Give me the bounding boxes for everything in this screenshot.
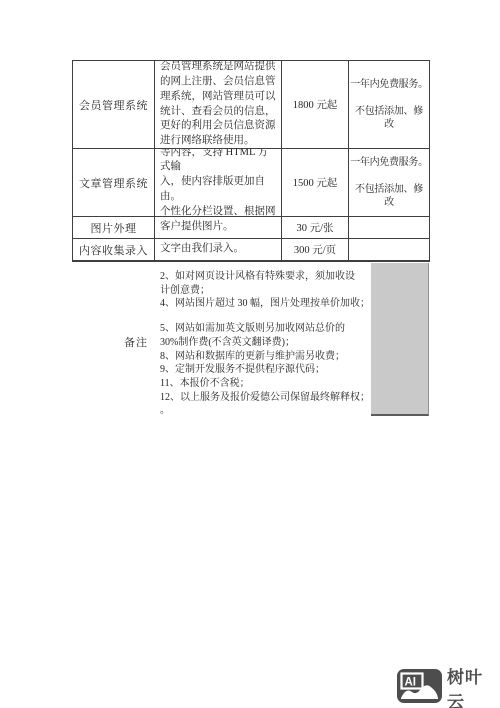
svg-text:AI: AI	[405, 676, 417, 688]
service-terms-cell: 一年内免费服务。 不包括添加、修 改	[349, 149, 429, 217]
note-line: 8、网站和数据库的更新与维护需另收费；	[160, 350, 370, 364]
service-name-cell: 文章管理系统	[73, 149, 155, 217]
price-cell: 1800 元起	[282, 61, 349, 149]
note-line: 。	[160, 404, 370, 418]
note-line: 11、本报价不含税；	[160, 377, 370, 391]
watermark-logo: AI 树叶云	[397, 663, 500, 708]
price-cell: 30 元/张	[282, 217, 349, 239]
gray-highlight-box	[371, 263, 429, 416]
pricing-table: 会员管理系统 会员管理系统是网站提供 的网上注册、会员信息管 理系统，网站管理员…	[72, 60, 430, 262]
note-line: 计创意费；	[160, 284, 370, 298]
note-line: 9、定制开发服务不提供程序源代码；	[160, 363, 370, 377]
service-description-cell: 文字由我们录入。	[155, 239, 282, 260]
service-terms-cell	[349, 217, 429, 239]
price-cell: 1500 元起	[282, 149, 349, 217]
watermark-brand-text: 树叶云	[447, 663, 500, 708]
service-name-cell: 图片外理	[73, 217, 155, 239]
note-line: 12、以上服务及报价爱德公司保留最终解释权；	[160, 391, 370, 405]
service-terms-cell	[349, 239, 429, 260]
note-line: 30%制作费(不含英文翻译费)；	[160, 336, 370, 350]
service-terms-cell: 一年内免费服务。 不包括添加、修 改	[349, 61, 429, 149]
price-quote-document: 会员管理系统 会员管理系统是网站提供 的网上注册、会员信息管 理系统，网站管理员…	[0, 0, 500, 708]
note-line: 4、网站图片超过 30 幅，图片处理按单价加收；	[160, 297, 370, 311]
ai-picture-icon: AI	[397, 669, 442, 708]
note-line: 5、网站如需加英文版则另加收网站总价的	[160, 322, 370, 336]
service-description-cell: 可填加文字、图片、连接 等内容，支持 HTML 方式输 入，使内容排版更加自由。…	[155, 149, 282, 217]
remarks-list: 2、如对网页设计风格有特殊要求，须加收设计创意费；4、网站图片超过 30 幅，图…	[160, 270, 370, 418]
note-line: 2、如对网页设计风格有特殊要求，须加收设	[160, 270, 370, 284]
service-name-cell: 会员管理系统	[73, 61, 155, 149]
remarks-label: 备注	[114, 334, 158, 350]
service-description-cell: 会员管理系统是网站提供 的网上注册、会员信息管 理系统，网站管理员可以 统计、查…	[155, 61, 282, 149]
note-line	[160, 311, 370, 322]
service-description-cell: 客户提供图片。	[155, 217, 282, 239]
service-name-cell: 内容收集录入	[73, 239, 155, 260]
price-cell: 300 元/页	[282, 239, 349, 260]
